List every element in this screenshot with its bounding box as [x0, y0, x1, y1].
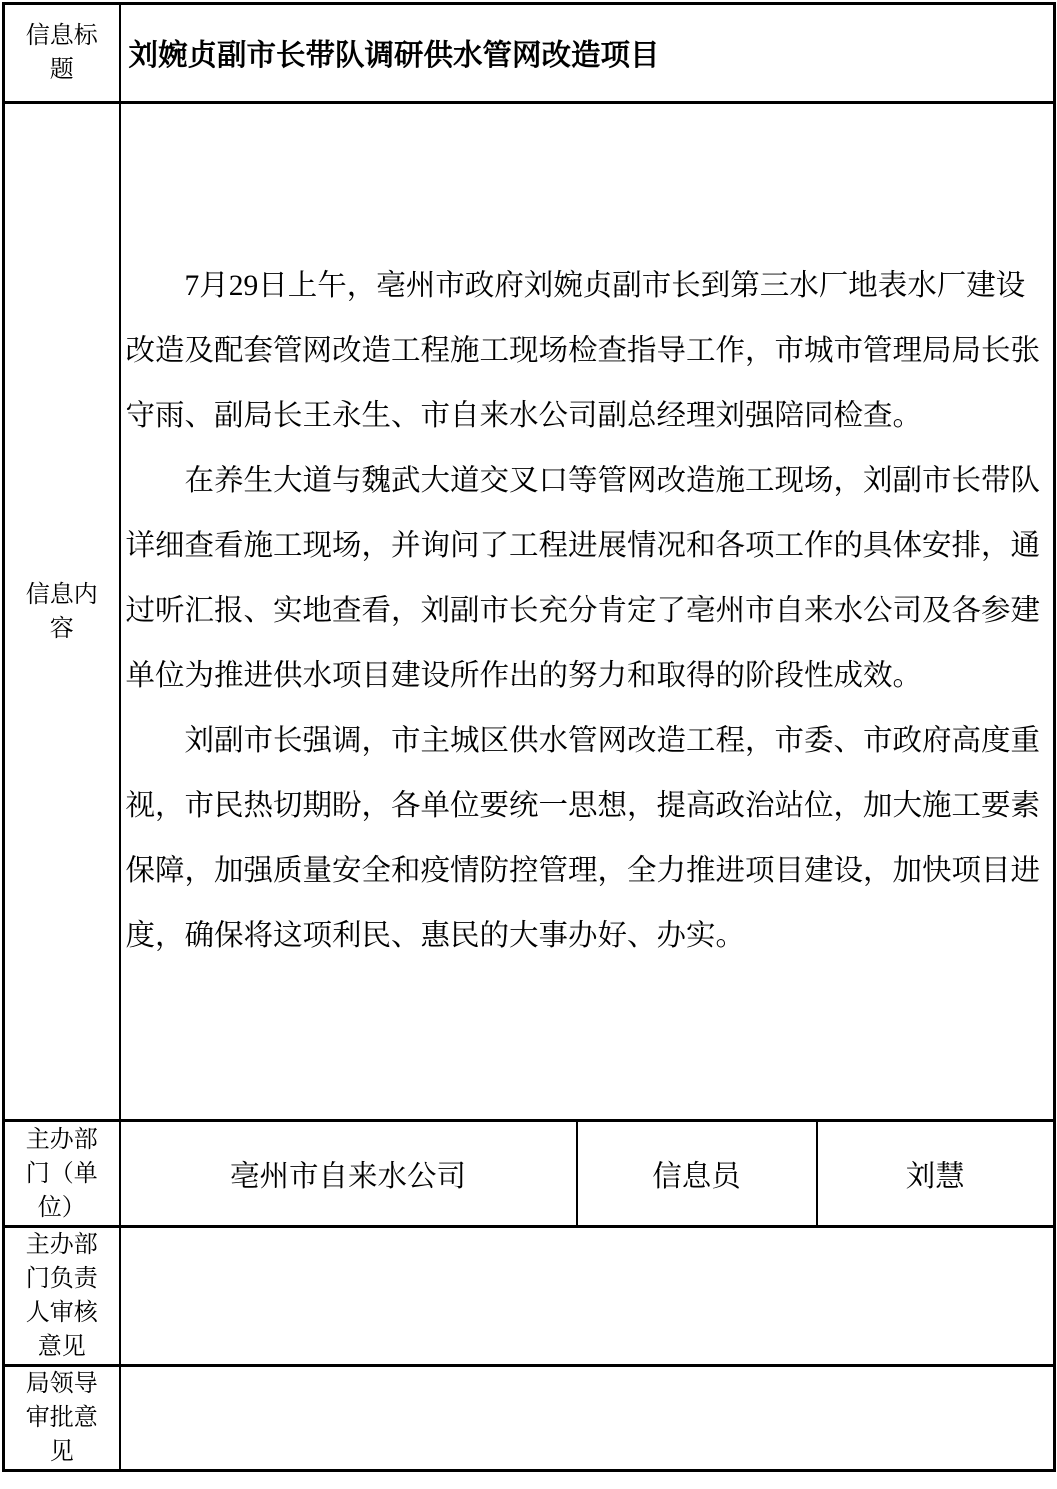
department-name: 亳州市自来水公司: [230, 1161, 466, 1193]
content-paragraph-2: 在养生大道与魏武大道交叉口等管网改造施工现场，刘副市长带队详细查看施工现场，并询…: [126, 449, 1046, 709]
department-row-label: 主办部门（单位）: [25, 1123, 98, 1225]
approval-row: 局领导审批意见: [4, 1366, 1055, 1471]
officer-label-cell: 信息员: [577, 1121, 817, 1227]
department-row-label-cell: 主办部门（单位）: [4, 1121, 120, 1227]
info-report-table: 信息标题 刘婉贞副市长带队调研供水管网改造项目 信息内容 7月29日上午，亳州市…: [2, 2, 1056, 1472]
content-paragraph-3: 刘副市长强调，市主城区供水管网改造工程，市委、市政府高度重视，市民热切期盼，各单…: [126, 709, 1046, 969]
report-form-page: 信息标题 刘婉贞副市长带队调研供水管网改造项目 信息内容 7月29日上午，亳州市…: [0, 0, 1057, 1489]
content-paragraph-1: 7月29日上午，亳州市政府刘婉贞副市长到第三水厂地表水厂建设改造及配套管网改造工…: [126, 254, 1046, 449]
approval-row-label-cell: 局领导审批意见: [4, 1366, 120, 1471]
content-row-label: 信息内容: [25, 578, 98, 646]
review-row-label: 主办部门负责人审核意见: [25, 1228, 98, 1364]
officer-name-cell: 刘慧: [817, 1121, 1055, 1227]
department-row: 主办部门（单位） 亳州市自来水公司 信息员 刘慧: [4, 1121, 1055, 1227]
review-row-label-cell: 主办部门负责人审核意见: [4, 1227, 120, 1366]
review-row: 主办部门负责人审核意见: [4, 1227, 1055, 1366]
content-row: 信息内容 7月29日上午，亳州市政府刘婉贞副市长到第三水厂地表水厂建设改造及配套…: [4, 103, 1055, 1121]
title-row: 信息标题 刘婉贞副市长带队调研供水管网改造项目: [4, 4, 1055, 103]
officer-label: 信息员: [652, 1161, 741, 1193]
department-name-cell: 亳州市自来水公司: [120, 1121, 577, 1227]
title-row-label-cell: 信息标题: [4, 4, 120, 103]
info-title-cell: 刘婉贞副市长带队调研供水管网改造项目: [120, 4, 1055, 103]
title-row-label: 信息标题: [25, 19, 98, 87]
info-content-cell: 7月29日上午，亳州市政府刘婉贞副市长到第三水厂地表水厂建设改造及配套管网改造工…: [120, 103, 1055, 1121]
officer-name: 刘慧: [906, 1161, 965, 1193]
approval-row-label: 局领导审批意见: [25, 1367, 98, 1469]
review-opinion-cell: [120, 1227, 1055, 1366]
info-title-text: 刘婉贞副市长带队调研供水管网改造项目: [129, 40, 660, 72]
approval-opinion-cell: [120, 1366, 1055, 1471]
content-row-label-cell: 信息内容: [4, 103, 120, 1121]
